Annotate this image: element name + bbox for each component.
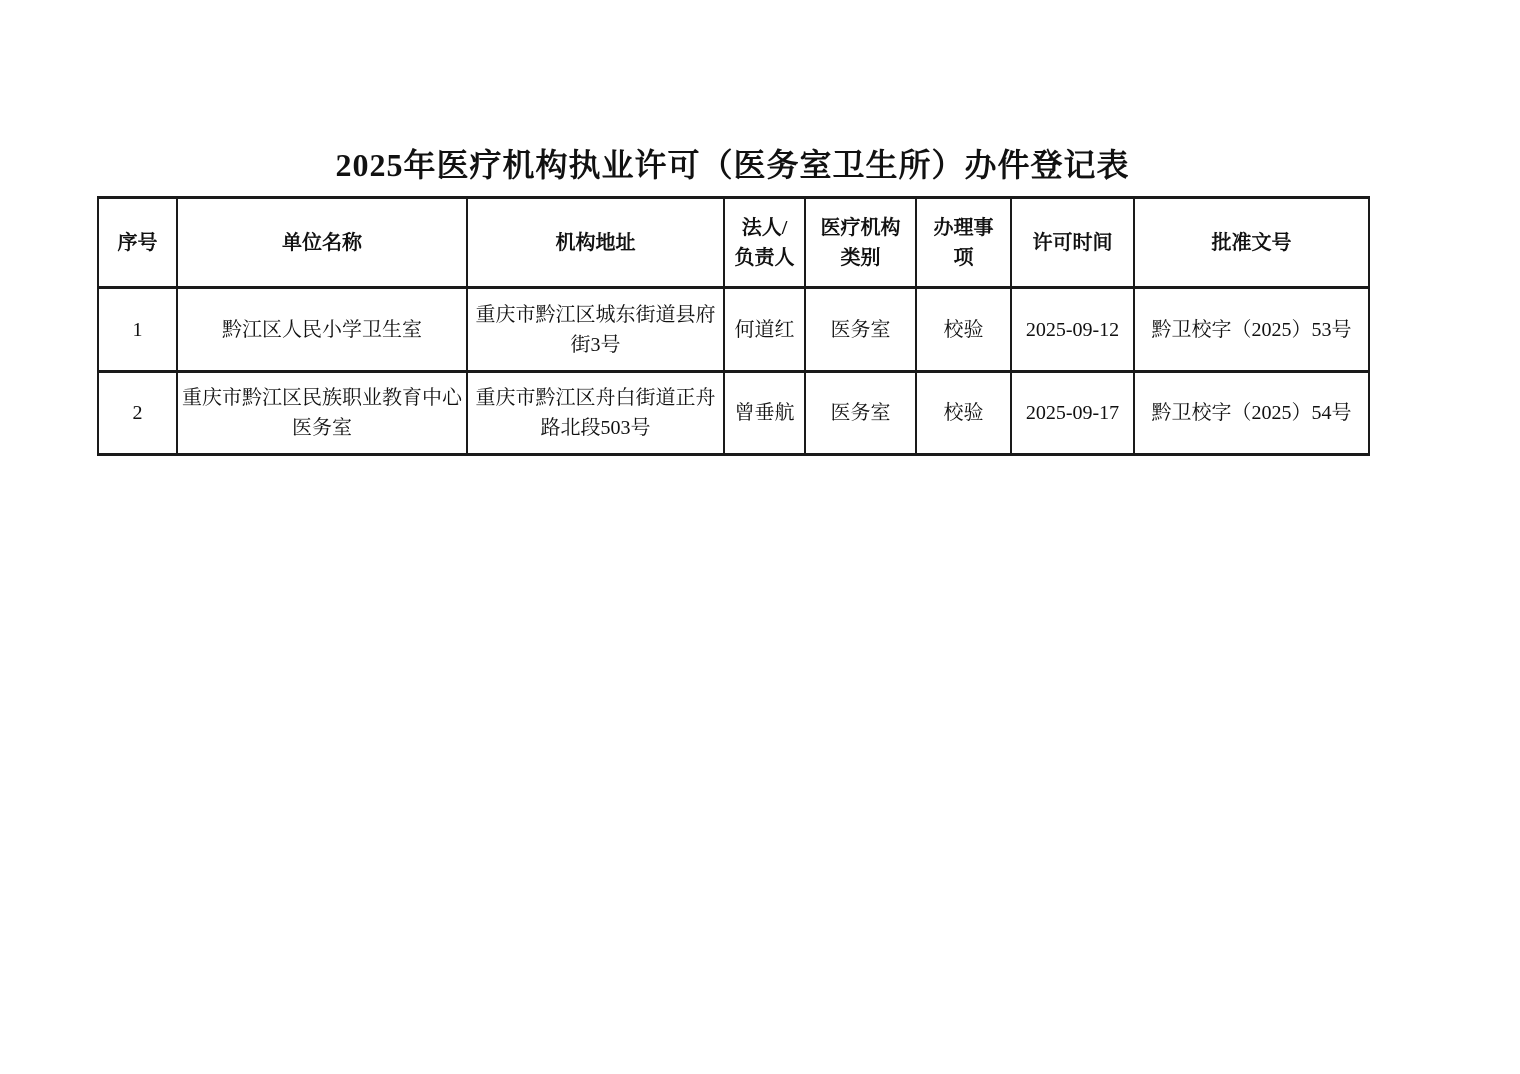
header-cell-legal-person: 法人/ 负责人	[724, 198, 805, 288]
cell-approval-number: 黔卫校字（2025）54号	[1134, 372, 1369, 455]
cell-category: 医务室	[805, 372, 916, 455]
table-row: 2 重庆市黔江区民族职业教育中心医务室 重庆市黔江区舟白街道正舟路北段503号 …	[98, 372, 1369, 455]
cell-legal-person: 曾垂航	[724, 372, 805, 455]
cell-seq: 2	[98, 372, 177, 455]
cell-category: 医务室	[805, 288, 916, 372]
header-cell-category: 医疗机构 类别	[805, 198, 916, 288]
cell-unit-name: 重庆市黔江区民族职业教育中心医务室	[177, 372, 467, 455]
header-cell-approval-number: 批准文号	[1134, 198, 1369, 288]
cell-matter: 校验	[916, 288, 1011, 372]
header-cell-seq: 序号	[98, 198, 177, 288]
registry-table: 序号 单位名称 机构地址 法人/ 负责人 医疗机构 类别 办理事 项 许可时间 …	[97, 196, 1370, 456]
cell-unit-name: 黔江区人民小学卫生室	[177, 288, 467, 372]
cell-license-date: 2025-09-17	[1011, 372, 1134, 455]
cell-legal-person: 何道红	[724, 288, 805, 372]
header-cell-matter: 办理事 项	[916, 198, 1011, 288]
cell-license-date: 2025-09-12	[1011, 288, 1134, 372]
header-cell-address: 机构地址	[467, 198, 724, 288]
document-title: 2025年医疗机构执业许可（医务室卫生所）办件登记表	[97, 140, 1368, 186]
table-header-row: 序号 单位名称 机构地址 法人/ 负责人 医疗机构 类别 办理事 项 许可时间 …	[98, 198, 1369, 288]
cell-address: 重庆市黔江区舟白街道正舟路北段503号	[467, 372, 724, 455]
header-cell-unit-name: 单位名称	[177, 198, 467, 288]
cell-seq: 1	[98, 288, 177, 372]
cell-matter: 校验	[916, 372, 1011, 455]
cell-approval-number: 黔卫校字（2025）53号	[1134, 288, 1369, 372]
document-page: 2025年医疗机构执业许可（医务室卫生所）办件登记表 序号 单位名称 机构地址 …	[0, 0, 1520, 1074]
cell-address: 重庆市黔江区城东街道县府街3号	[467, 288, 724, 372]
table-row: 1 黔江区人民小学卫生室 重庆市黔江区城东街道县府街3号 何道红 医务室 校验 …	[98, 288, 1369, 372]
header-cell-license-date: 许可时间	[1011, 198, 1134, 288]
